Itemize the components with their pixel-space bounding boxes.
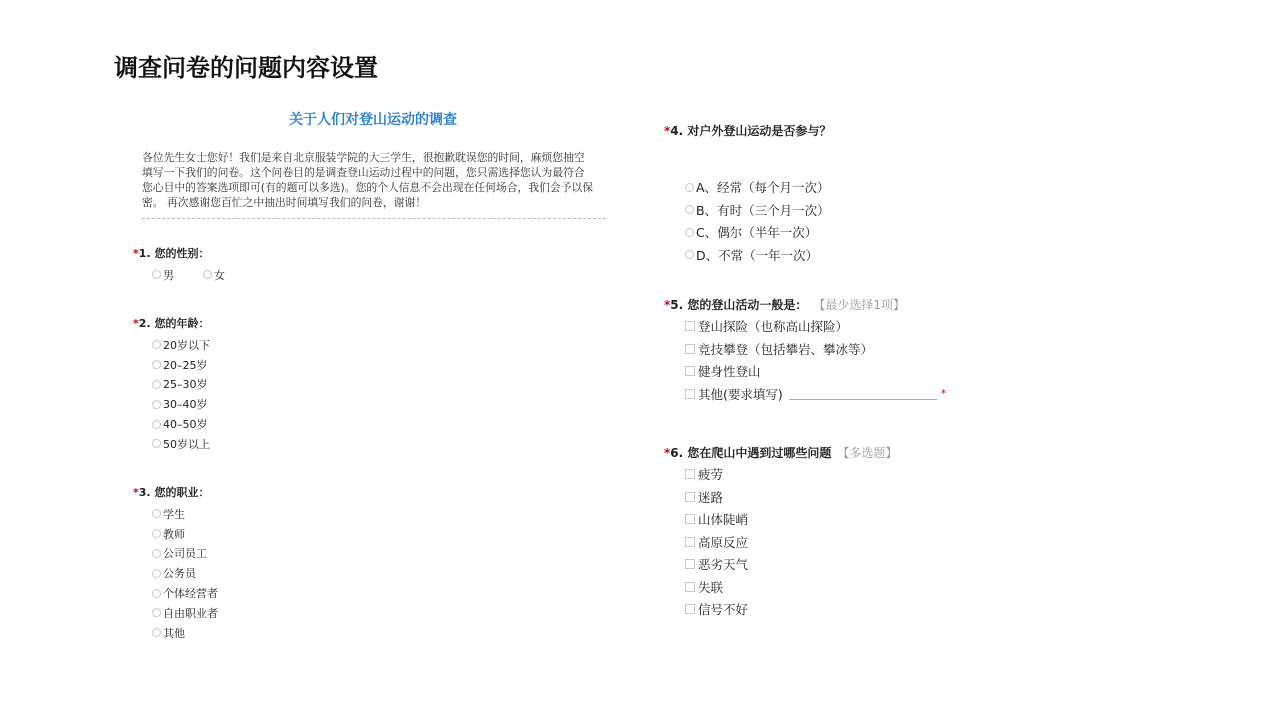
option-label: B、有时（三个月一次）: [696, 201, 830, 219]
radio-option[interactable]: 个体经营者: [152, 583, 218, 603]
option-label: 其他(要求填写): [698, 385, 783, 403]
radio-option[interactable]: 20岁以下: [152, 335, 210, 355]
radio-button[interactable]: [152, 340, 161, 349]
radio-button[interactable]: [685, 205, 694, 214]
radio-option[interactable]: 男: [152, 265, 203, 285]
checkbox[interactable]: [685, 492, 695, 502]
option-label: 学生: [163, 506, 185, 522]
checkbox[interactable]: [685, 559, 695, 569]
question-text: 您的职业：: [154, 486, 209, 499]
option-label: 高原反应: [698, 533, 748, 551]
radio-button[interactable]: [685, 228, 694, 237]
other-text-input[interactable]: [789, 387, 937, 400]
question-number: 5.: [670, 298, 683, 312]
checkbox-option[interactable]: 登山探险（也称高山探险）: [685, 315, 946, 338]
radio-option[interactable]: 50岁以上: [152, 434, 210, 454]
option-label: 25–30岁: [163, 376, 208, 392]
checkbox-option[interactable]: 迷路: [685, 486, 897, 509]
radio-button[interactable]: [152, 439, 161, 448]
radio-button[interactable]: [685, 250, 694, 259]
option-label: 信号不好: [698, 600, 748, 618]
question-number: 2.: [139, 317, 151, 330]
radio-option[interactable]: 40–50岁: [152, 414, 210, 434]
question-label: *3. 您的职业：: [133, 484, 218, 500]
question-text: 您的性别：: [154, 247, 209, 260]
intro-line: 您心目中的答案选项即可(有的题可以多选)。您的个人信息不会出现在任何场合，我们会…: [142, 180, 608, 195]
option-label: 公司员工: [163, 545, 207, 561]
option-label: 20岁以下: [163, 337, 210, 353]
radio-option[interactable]: C、偶尔（半年一次）: [685, 221, 831, 244]
checkbox-option[interactable]: 其他(要求填写)*: [685, 383, 946, 406]
question-hint: 【多选题】: [837, 446, 897, 460]
question-occupation: *3. 您的职业： 学生 教师 公司员工 公务员 个体经营者 自由职业者 其他: [133, 484, 218, 643]
checkbox[interactable]: [685, 321, 695, 331]
option-label: 竞技攀登（包括攀岩、攀冰等）: [698, 340, 873, 358]
checkbox-option[interactable]: 失联: [685, 576, 897, 599]
survey-intro: 各位先生女士您好！我们是来自北京服装学院的大三学生，很抱歉耽误您的时间，麻烦您抽…: [142, 150, 608, 210]
option-label: 个体经营者: [163, 585, 218, 601]
checkbox[interactable]: [685, 366, 695, 376]
radio-button[interactable]: [152, 270, 161, 279]
radio-option[interactable]: 女: [203, 265, 225, 285]
question-activity-type: *5. 您的登山活动一般是：【最少选择1项】 登山探险（也称高山探险） 竞技攀登…: [664, 296, 946, 405]
option-label: 迷路: [698, 488, 723, 506]
checkbox-option[interactable]: 恶劣天气: [685, 553, 897, 576]
radio-button[interactable]: [152, 360, 161, 369]
radio-button[interactable]: [152, 589, 161, 598]
question-problems: *6. 您在爬山中遇到过哪些问题【多选题】 疲劳 迷路 山体陡峭 高原反应 恶劣…: [664, 444, 897, 621]
option-label: 教师: [163, 526, 185, 542]
question-label: *1. 您的性别：: [133, 245, 225, 261]
question-number: 1.: [139, 247, 151, 260]
question-participation: *4. 对户外登山运动是否参与？ A、经常（每个月一次） B、有时（三个月一次）…: [664, 122, 831, 266]
option-label: 30–40岁: [163, 396, 208, 412]
radio-option[interactable]: 公务员: [152, 563, 218, 583]
checkbox[interactable]: [685, 344, 695, 354]
question-label: *5. 您的登山活动一般是：【最少选择1项】: [664, 296, 946, 313]
question-number: 6.: [670, 446, 683, 460]
question-label: *2. 您的年龄：: [133, 315, 210, 331]
question-label: *6. 您在爬山中遇到过哪些问题【多选题】: [664, 444, 897, 461]
radio-button[interactable]: [152, 608, 161, 617]
checkbox[interactable]: [685, 582, 695, 592]
checkbox-option[interactable]: 竞技攀登（包括攀岩、攀冰等）: [685, 338, 946, 361]
radio-option[interactable]: 其他: [152, 623, 218, 643]
question-age: *2. 您的年龄： 20岁以下 20–25岁 25–30岁 30–40岁 40–…: [133, 315, 210, 454]
option-label: 50岁以上: [163, 436, 210, 452]
radio-option[interactable]: 公司员工: [152, 544, 218, 564]
radio-button[interactable]: [152, 628, 161, 637]
checkbox[interactable]: [685, 537, 695, 547]
question-number: 4.: [670, 124, 683, 138]
radio-button[interactable]: [152, 569, 161, 578]
option-label: 20–25岁: [163, 357, 208, 373]
question-text: 您的年龄：: [154, 317, 209, 330]
radio-option[interactable]: A、经常（每个月一次）: [685, 176, 831, 199]
checkbox-option[interactable]: 山体陡峭: [685, 508, 897, 531]
radio-button[interactable]: [152, 549, 161, 558]
option-label: 40–50岁: [163, 416, 208, 432]
intro-line: 填写一下我们的问卷。这个问卷目的是调查登山运动过程中的问题，您只需选择您认为最符…: [142, 165, 608, 180]
option-label: 健身性登山: [698, 362, 761, 380]
radio-option[interactable]: B、有时（三个月一次）: [685, 199, 831, 222]
radio-button[interactable]: [152, 380, 161, 389]
option-label: 恶劣天气: [698, 555, 748, 573]
option-label: 登山探险（也称高山探险）: [698, 317, 848, 335]
checkbox[interactable]: [685, 469, 695, 479]
question-label: *4. 对户外登山运动是否参与？: [664, 122, 831, 139]
radio-button[interactable]: [152, 529, 161, 538]
radio-option[interactable]: D、不常（一年一次）: [685, 244, 831, 267]
slide-title: 调查问卷的问题内容设置: [114, 48, 378, 83]
radio-button[interactable]: [203, 270, 212, 279]
question-gender: *1. 您的性别： 男 女: [133, 245, 225, 285]
option-label: 疲劳: [698, 465, 723, 483]
checkbox[interactable]: [685, 514, 695, 524]
question-hint: 【最少选择1项】: [819, 298, 905, 312]
option-label: 失联: [698, 578, 723, 596]
dashed-divider: [142, 218, 606, 219]
checkbox-option[interactable]: 高原反应: [685, 531, 897, 554]
radio-button[interactable]: [152, 420, 161, 429]
survey-title: 关于人们对登山运动的调查: [140, 109, 606, 129]
radio-option[interactable]: 25–30岁: [152, 375, 210, 395]
question-number: 3.: [139, 486, 151, 499]
radio-button[interactable]: [152, 400, 161, 409]
question-text: 对户外登山运动是否参与？: [683, 124, 831, 138]
checkbox-option[interactable]: 疲劳: [685, 463, 897, 486]
intro-line: 各位先生女士您好！我们是来自北京服装学院的大三学生，很抱歉耽误您的时间，麻烦您抽…: [142, 150, 608, 165]
radio-option[interactable]: 20–25岁: [152, 355, 210, 375]
checkbox-option[interactable]: 信号不好: [685, 598, 897, 621]
option-label: C、偶尔（半年一次）: [696, 223, 817, 241]
option-label: 女: [214, 267, 225, 283]
radio-button[interactable]: [152, 509, 161, 518]
option-label: 自由职业者: [163, 605, 218, 621]
radio-option[interactable]: 教师: [152, 524, 218, 544]
checkbox[interactable]: [685, 604, 695, 614]
question-text: 您的登山活动一般是：: [687, 298, 807, 312]
radio-button[interactable]: [685, 183, 694, 192]
option-label: 公务员: [163, 565, 196, 581]
checkbox-option[interactable]: 健身性登山: [685, 360, 946, 383]
required-mark: *: [941, 387, 947, 400]
question-text: 您在爬山中遇到过哪些问题: [687, 446, 831, 460]
option-label: 男: [163, 267, 174, 283]
radio-option[interactable]: 30–40岁: [152, 394, 210, 414]
option-label: 其他: [163, 625, 185, 641]
intro-line: 密。 再次感谢您百忙之中抽出时间填写我们的问卷，谢谢！: [142, 195, 608, 210]
checkbox[interactable]: [685, 389, 695, 399]
option-label: A、经常（每个月一次）: [696, 178, 830, 196]
radio-option[interactable]: 学生: [152, 504, 218, 524]
radio-option[interactable]: 自由职业者: [152, 603, 218, 623]
option-label: D、不常（一年一次）: [696, 246, 818, 264]
option-label: 山体陡峭: [698, 510, 748, 528]
